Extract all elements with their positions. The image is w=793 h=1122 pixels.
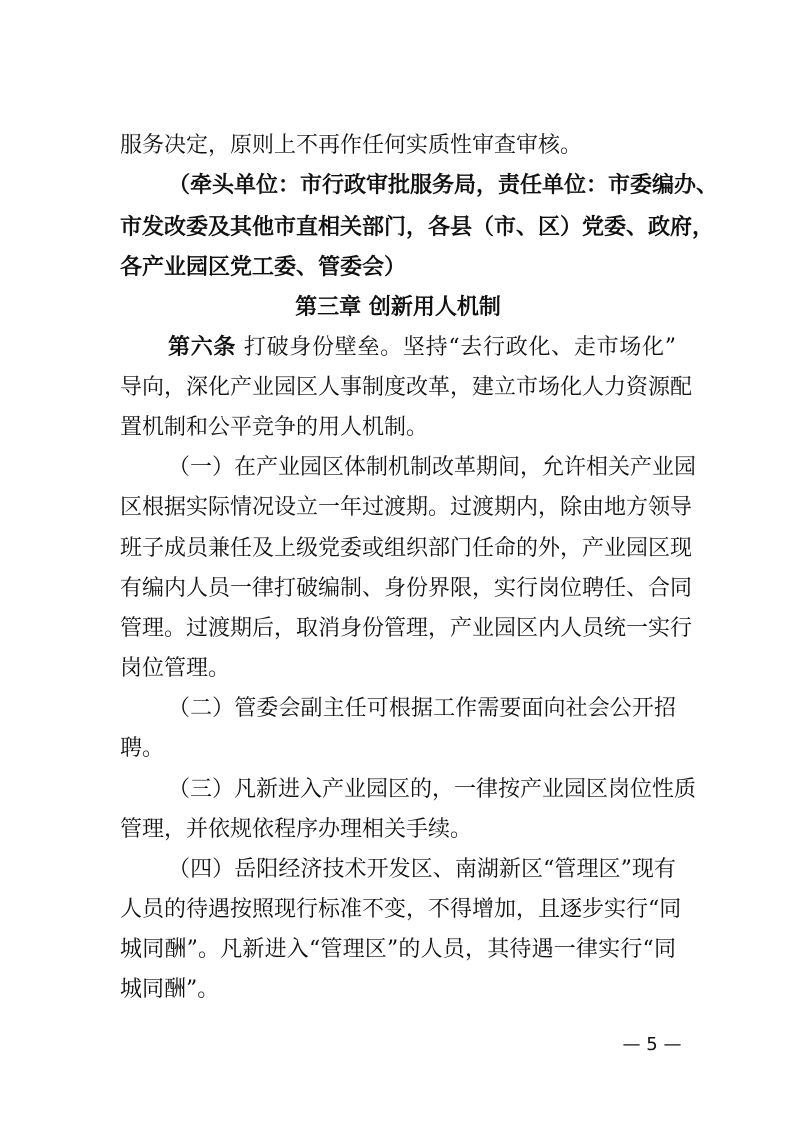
text-line: 城同酬”。	[120, 976, 676, 1004]
text-line: 服务决定，原则上不再作任何实质性审查审核。	[120, 132, 676, 160]
text-line: 聘。	[120, 735, 676, 763]
text-line: 管理，并依规依程序办理相关手续。	[120, 816, 676, 844]
text-line: 有编内人员一律打破编制、身份界限，实行岗位聘任、合同	[120, 575, 676, 603]
text-line: 管理。过渡期后，取消身份管理，产业园区内人员统一实行	[120, 615, 676, 643]
article-heading: 第六条	[168, 335, 236, 360]
text-line: 区根据实际情况设立一年过渡期。过渡期内，除由地方领导	[120, 494, 676, 522]
article-text: 打破身份壁垒。坚持“去行政化、走市场化”	[244, 335, 676, 360]
text-line: 市发改委及其他市直相关部门，各县（市、区）党委、政府，	[120, 214, 676, 242]
text-line: 置机制和公平竞争的用人机制。	[120, 414, 676, 442]
text-line: 岗位管理。	[120, 655, 676, 683]
text-line: （一）在产业园区体制机制改革期间，允许相关产业园	[168, 454, 676, 482]
text-line: 班子成员兼任及上级党委或组织部门任命的外，产业园区现	[120, 535, 676, 563]
document-page: 服务决定，原则上不再作任何实质性审查审核。（牵头单位：市行政审批服务局，责任单位…	[0, 0, 793, 1122]
text-line: 第六条 打破身份壁垒。坚持“去行政化、走市场化”	[168, 334, 676, 362]
text-line: （二）管委会副主任可根据工作需要面向社会公开招	[168, 695, 676, 723]
text-line: （四）岳阳经济技术开发区、南湖新区“管理区”现有	[168, 856, 676, 884]
text-line: （牵头单位：市行政审批服务局，责任单位：市委编办、	[168, 172, 676, 200]
text-line: 导向，深化产业园区人事制度改革，建立市场化人力资源配	[120, 374, 676, 402]
text-line: 第三章 创新用人机制	[120, 294, 676, 322]
text-line: 各产业园区党工委、管委会）	[120, 254, 676, 282]
text-line: 人员的待遇按照现行标准不变，不得增加，且逐步实行“同	[120, 896, 676, 924]
text-line: 城同酬”。凡新进入“管理区”的人员，其待遇一律实行“同	[120, 936, 676, 964]
text-line: （三）凡新进入产业园区的，一律按产业园区岗位性质	[168, 776, 676, 804]
page-number: — 5 —	[612, 1034, 692, 1055]
